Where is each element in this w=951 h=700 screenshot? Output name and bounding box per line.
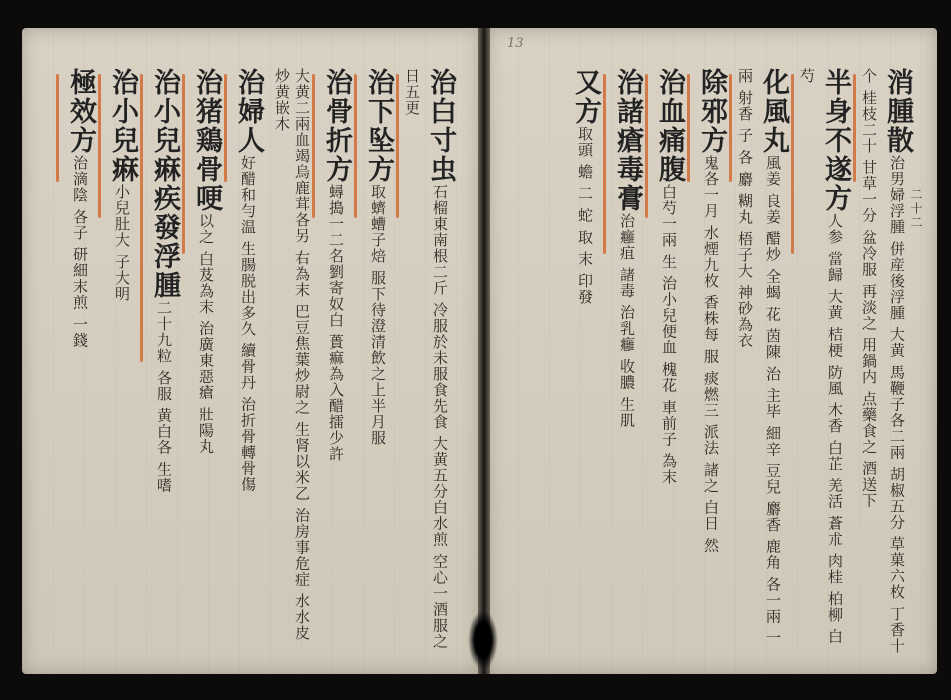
red-margin-mark (182, 74, 185, 254)
red-margin-mark (56, 74, 59, 182)
red-margin-mark (98, 74, 101, 218)
red-margin-mark (645, 74, 648, 218)
recipe-heading: 極效方 (65, 68, 96, 155)
text-column: 治諸瘡毒膏治癰疽 諸毒 治乳癰 收膿 生肌 (609, 68, 645, 654)
folio-mark: 13 (507, 36, 524, 51)
recipe-heading: 治白寸虫 (425, 68, 456, 184)
recipe-heading: 治婦人 (233, 68, 264, 155)
red-margin-mark (140, 74, 143, 362)
recipe-text: 取頭 蟾 二 蛇 取 末 印發 (576, 126, 594, 305)
recipe-heading: 又方 (570, 68, 601, 126)
recipe-heading: 治骨折方 (321, 68, 352, 184)
text-column: 治白寸虫石榴東南根二斤 冷服於未服食先食 大黄五分白水煎 空心一酒服之日五更 (402, 68, 458, 654)
binding-gutter (478, 28, 490, 674)
recipe-text: 以之 白芨為末 治廣東惡瘡 壯陽丸 (197, 213, 215, 454)
right-page: 13 二十二 消腫散治男婦浮腫 併産後浮腫 大黄 馬鞭子各二兩 胡椒五分 草菓六… (487, 28, 937, 674)
recipe-heading: 治諸瘡毒膏 (612, 68, 643, 213)
text-column: 治血痛腹白芍一兩 生 治小兒便血 槐花 車前子 為末 (651, 68, 687, 654)
text-column: 除邪方鬼各一月 水煙九枚 香株每 服 痰燃三 派法 諸之 白日 然 (693, 68, 729, 654)
recipe-text: 小兒肚大 子大明 (113, 184, 131, 302)
text-column: 治下坠方取蠐螬子焙 服下待澄清飲之上半月服 (360, 68, 396, 654)
red-margin-mark (354, 74, 357, 218)
red-margin-mark (396, 74, 399, 218)
red-margin-mark (224, 74, 227, 182)
text-column: 治小兒痳小兒肚大 子大明 (104, 68, 140, 654)
left-page: 治白寸虫石榴東南根二斤 冷服於未服食先食 大黄五分白水煎 空心一酒服之日五更治下… (22, 28, 480, 674)
recipe-text: 取蠐螬子焙 服下待澄清飲之上半月服 (369, 184, 387, 446)
text-column: 治骨折方蟳搗一二名劉寄奴白 蕢痲為入醋擂少許 (318, 68, 354, 654)
recipe-heading: 治猪鶏骨哽 (191, 68, 222, 213)
recipe-heading: 化風丸 (758, 68, 789, 155)
ink-stain (468, 610, 498, 670)
recipe-heading: 半身不遂方 (820, 68, 851, 213)
red-margin-mark (729, 74, 732, 182)
red-margin-mark (312, 74, 315, 218)
recipe-text: 好醋和勻温 生腸脱出多久 續骨丹 治折骨轉骨傷 (239, 155, 257, 492)
text-column: 又方取頭 蟾 二 蛇 取 末 印發 (567, 68, 603, 654)
text-column: 消腫散治男婦浮腫 併産後浮腫 大黄 馬鞭子各二兩 胡椒五分 草菓六枚 丁香十 个… (859, 68, 915, 654)
recipe-text: 蟳搗一二名劉寄奴白 蕢痲為入醋擂少許 (327, 184, 345, 462)
recipe-text: 鬼各一月 水煙九枚 香株每 服 痰燃三 派法 諸之 白日 然 (702, 155, 720, 553)
recipe-heading: 消腫散 (882, 68, 913, 155)
recipe-text: 治滴陰 各子 研細末煎 一錢 (71, 155, 89, 348)
red-margin-mark (603, 74, 606, 254)
recipe-heading: 治血痛腹 (654, 68, 685, 184)
recipe-text: 二十九粒 各服 黄白各 生嗜 (155, 300, 173, 493)
recipe-text: 治男婦浮腫 併産後浮腫 大黄 馬鞭子各二兩 胡椒五分 草菓六枚 丁香十 个 桂枝… (860, 68, 906, 654)
recipe-text: 白芍一兩 生 治小兒便血 槐花 車前子 為末 (660, 184, 678, 485)
text-column: 治小兒痳疾發浮腫二十九粒 各服 黄白各 生嗜 (146, 68, 182, 654)
red-margin-mark (687, 74, 690, 182)
recipe-text: 大黄二兩血竭烏鹿茸各另 右為末 巴豆焦葉炒尉之 生肾以米乙 治房事危症 水水皮炒… (273, 68, 311, 641)
text-column: 治婦人好醋和勻温 生腸脱出多久 續骨丹 治折骨轉骨傷 (230, 68, 266, 654)
recipe-text: 治癰疽 諸毒 治乳癰 收膿 生肌 (618, 213, 636, 428)
recipe-heading: 除邪方 (696, 68, 727, 155)
red-margin-mark (853, 74, 856, 182)
text-column: 極效方治滴陰 各子 研細末煎 一錢 (62, 68, 98, 654)
left-columns: 治白寸虫石榴東南根二斤 冷服於未服食先食 大黄五分白水煎 空心一酒服之日五更治下… (52, 68, 458, 654)
text-column: 治猪鶏骨哽以之 白芨為末 治廣東惡瘡 壯陽丸 (188, 68, 224, 654)
recipe-heading: 治小兒痳 (107, 68, 138, 184)
text-column: 大黄二兩血竭烏鹿茸各另 右為末 巴豆焦葉炒尉之 生肾以米乙 治房事危症 水水皮炒… (272, 68, 312, 654)
recipe-heading: 治下坠方 (363, 68, 394, 184)
recipe-heading: 治小兒痳疾發浮腫 (149, 68, 180, 300)
text-column: 化風丸風姜 良姜 醋炒 全蝎 花 茵陳 治 主毕 細辛 豆兒 麝香 鹿角 各一兩… (735, 68, 791, 654)
text-column: 半身不遂方人参 當歸 大黄 桔梗 防風 木香 白芷 羌活 蒼朮 肉桂 柏柳 白芍 (797, 68, 853, 654)
right-columns: 消腫散治男婦浮腫 併産後浮腫 大黄 馬鞭子各二兩 胡椒五分 草菓六枚 丁香十 个… (517, 68, 915, 654)
red-margin-mark (791, 74, 794, 254)
